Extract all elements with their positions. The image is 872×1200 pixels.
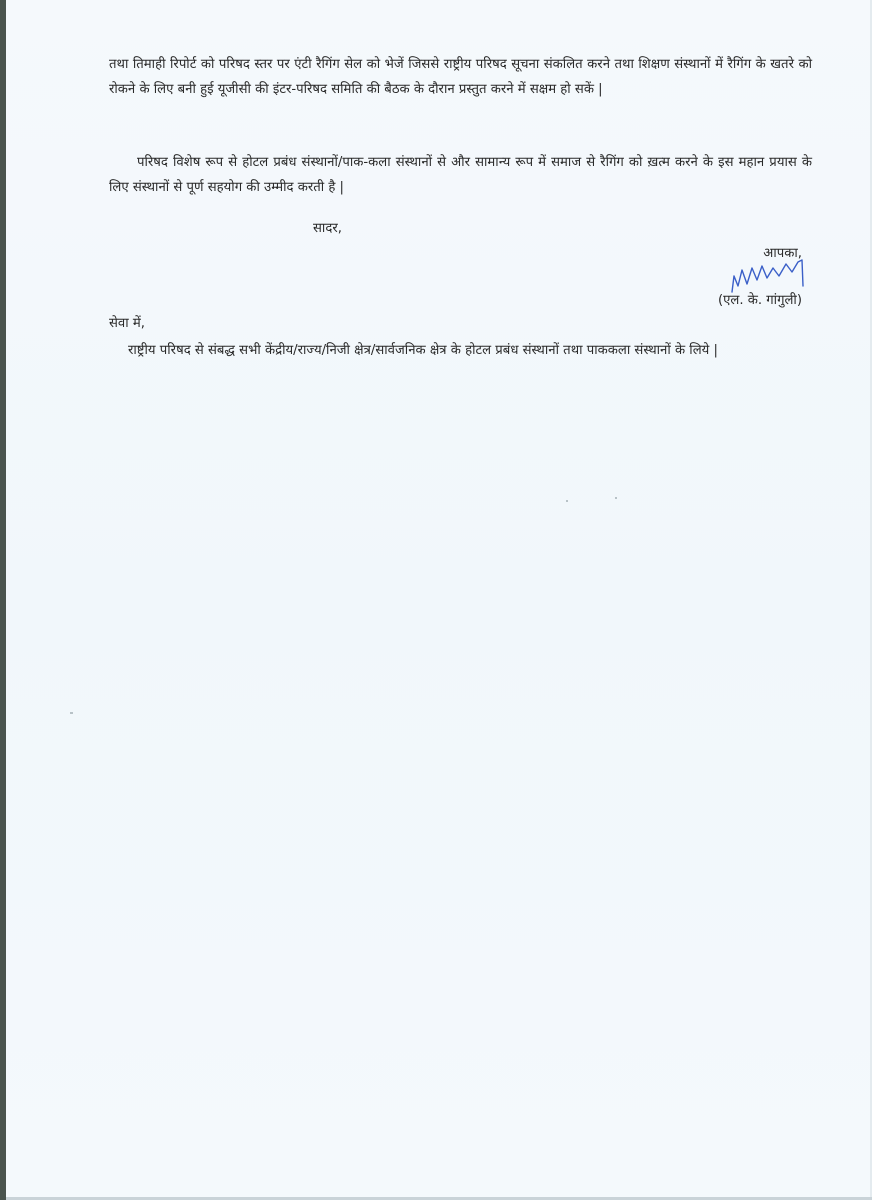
body-paragraph-2: परिषद विशेष रूप से होटल प्रबंध संस्थानों…: [109, 150, 812, 200]
scan-speck: [70, 712, 73, 714]
scan-speck: [566, 500, 568, 502]
to-label: सेवा में,: [109, 313, 145, 331]
salutation: सादर,: [313, 218, 342, 236]
scan-speck: [615, 497, 617, 499]
addressee: राष्ट्रीय परिषद से संबद्ध सभी केंद्रीय/र…: [109, 338, 812, 363]
body-paragraph-1: तथा तिमाही रिपोर्ट को परिषद स्तर पर एंटी…: [109, 52, 812, 102]
signer-name: (एल. के. गांगुली): [718, 290, 802, 308]
